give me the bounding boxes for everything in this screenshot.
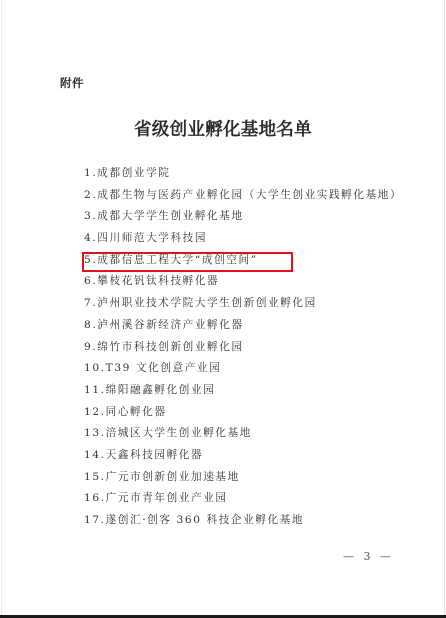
list-item: 7.泸州职业技术学院大学生创新创业孵化园 — [84, 295, 402, 317]
page-edge-left — [1, 0, 2, 616]
list-item: 14.天鑫科技园孵化器 — [84, 447, 402, 469]
incubator-list: 1.成都创业学院 2.成都生物与医药产业孵化园（大学生创业实践孵化基地） 3.成… — [84, 165, 402, 534]
list-item: 6.攀枝花钒钛科技孵化器 — [84, 273, 402, 295]
list-item-highlighted: 5.成都信息工程大学“成创空间” — [84, 252, 402, 274]
list-item: 4.四川师范大学科技园 — [84, 230, 402, 252]
list-item: 3.成都大学学生创业孵化基地 — [84, 208, 402, 230]
attachment-label: 附件 — [60, 75, 84, 91]
list-item: 2.成都生物与医药产业孵化园（大学生创业实践孵化基地） — [84, 187, 402, 209]
list-item: 15.广元市创新创业加速基地 — [84, 469, 402, 491]
page-number: — 3 — — [343, 550, 394, 563]
list-item: 10.T39 文化创意产业园 — [84, 360, 402, 382]
page-edge-right — [444, 0, 445, 616]
list-item: 11.绵阳融鑫孵化创业园 — [84, 382, 402, 404]
list-item: 13.涪城区大学生创业孵化基地 — [84, 425, 402, 447]
document-title: 省级创业孵化基地名单 — [0, 116, 446, 141]
document-page: 附件 省级创业孵化基地名单 1.成都创业学院 2.成都生物与医药产业孵化园（大学… — [0, 0, 446, 618]
list-item: 12.同心孵化器 — [84, 404, 402, 426]
list-item: 17.遂创汇·创客 360 科技企业孵化基地 — [84, 512, 402, 534]
list-item: 1.成都创业学院 — [84, 165, 402, 187]
list-item: 9.绵竹市科技创新创业孵化园 — [84, 339, 402, 361]
list-item: 8.泸州溪谷新经济产业孵化器 — [84, 317, 402, 339]
list-item: 16.广元市青年创业产业园 — [84, 490, 402, 512]
